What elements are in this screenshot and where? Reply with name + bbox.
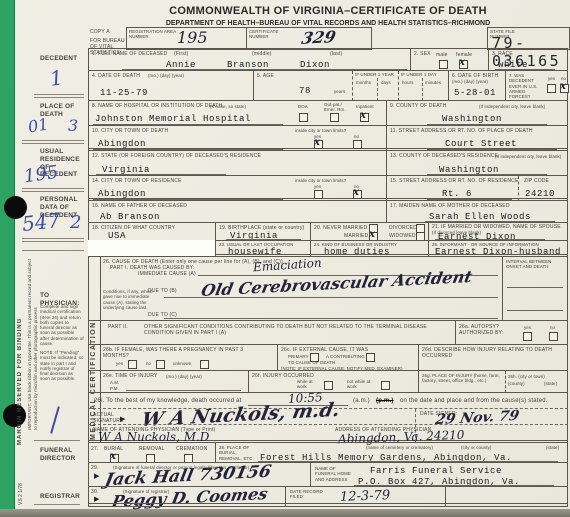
row-parents: 16. NAME OF FATHER OF DECEASED Ab Branso… [88,200,568,223]
race-label: 3. RACE [492,51,513,57]
time-of-injury-sub: (mo.) (day) (year) [166,374,202,379]
pm-option-struck: (p.m.) [376,398,394,405]
doa-checkbox [299,113,308,122]
county-of-death-cell: 9. COUNTY OF DEATH (If independent city,… [386,101,569,126]
pregnancy-no-checkbox [156,360,165,369]
sex-cell: 2. SEX male female x [410,49,489,71]
autopsy-label: 26a. AUTOPSY? AUTHORIZED BY: [459,324,514,336]
registration-area-value: 195 [177,28,208,47]
death-certificate-scan: COMMONWEALTH OF VIRGINIA–CERTIFICATE OF … [0,0,570,517]
mother-cell: 17. MAIDEN NAME OF MOTHER OF DECEASED Sa… [386,201,569,223]
days-label: days [381,80,391,85]
death-city-limits-cell: inside city or town limits? yes no x [290,126,386,151]
certificate-number-value: 329 [300,27,338,48]
immediate-cause-label: IMMEDIATE CAUSE (A) [138,271,196,277]
sex-label: 2. SEX [414,51,431,57]
external-cause-label: 26c. IF EXTERNAL CAUSE, IT WAS [281,347,368,353]
copy-label: COPY A [90,29,110,35]
arrow-icon: ▶ [94,472,99,480]
due-to-b-value: Old Cerebrovascular Accident [200,267,474,300]
death-limits-no-label: no [354,134,359,139]
while-at-work-checkbox [324,381,333,390]
marital-status-cell: 20. NEVER MARRIED DIVORCED MARRIED x WID… [310,223,429,241]
to-physician-note-2: NOTE: If "Pending" must be indicated, so… [40,350,84,382]
cemetery-sub: (name of cemetery or crematory) [366,445,433,450]
autopsy-no-checkbox [549,332,558,341]
residence-street-value: Rt. 6 [442,189,472,199]
birthplace-cell: 19. BIRTHPLACE (state or country) Virgin… [215,223,311,241]
row-residence-city: 14. CITY OR TOWN OF RESIDENCE Abingdon i… [88,175,568,201]
race-cell: 3. RACE white [488,49,569,71]
cause-of-death-section: 26. CAUSE OF DEATH (Enter only one cause… [88,256,568,321]
place-of-burial-label: 28. PLACE OF BURIAL, REMOVAL, ETC [219,445,261,461]
binding-strip [0,0,15,517]
form-code: VS 2 1/78 [18,465,24,505]
state-sub: (state) [546,445,559,450]
place-of-death-code2: 3 [68,116,78,135]
cremation-label: CREMATION [176,446,207,452]
place-of-injury-label: 26g. PLACE OF INJURY (home, farm, factor… [422,373,502,384]
armed-forces-yes-checkbox [547,84,556,93]
row-burial: 27. BURIAL REMOVAL CREMATION x 28. PLACE… [88,442,568,463]
part2-section: PART II. OTHER SIGNIFICANT CONDITIONS CO… [88,320,568,345]
describe-injury-label: 26d. DESCRIBE HOW INJURY RELATING TO DEA… [422,347,562,359]
section-decedent: DECEDENT [40,55,77,63]
place-of-injury-cell: 26g. PLACE OF INJURY (home, farm, factor… [418,371,506,393]
autopsy-yes-label: yes [524,325,531,330]
row-injury: 26e. TIME OF INJURY (mo.) (day) (year) A… [88,370,568,393]
place-of-death-code: 01 [27,114,50,136]
street-of-death-cell: 11. STREET ADDRESS OR RT. NO. OF PLACE O… [386,126,569,151]
injury-city-label: 26h. (city or town) [508,374,545,379]
margin-binding-label: MARGIN RESERVED FOR BINDING [17,255,23,445]
actual-signature-label: ACTUAL SIGNATURE [93,412,123,424]
row-full-name: 1. FULL NAME OF DECEASED (First) (middle… [88,48,568,71]
personal-data-code2: 2 [70,212,81,233]
county-of-death-label: 9. COUNTY OF DEATH [390,103,446,109]
residence-city-limits-cell: inside city or town limits? yes no x [290,176,386,201]
sub-first: (First) [174,51,188,57]
row-occupation: 23. USUAL OR LAST OCCUPATION housewife 2… [88,240,568,257]
contributing-checkbox [366,353,375,362]
arrow-icon: ▶ [94,495,99,503]
age-value: 78 [299,86,311,96]
primary-label: PRIMARY [288,354,309,359]
scan-edge-shadow [0,509,570,517]
industry-cell: 24. KIND OF BUSINESS OR INDUSTRY home du… [310,241,429,257]
to-cause-label: TO CAUSE OF DEATH [288,360,335,365]
date-of-death-value: 11-25-79 [100,88,148,98]
hospital-label: 8. NAME OF HOSPITAL OR INSTITUTION OF DE… [92,103,222,109]
fd-number: 29. [91,465,99,471]
street-of-death-value: Court Street [445,139,517,149]
death-limits-yes-checkbox: x [314,140,323,149]
residence-limits-yes-checkbox [314,190,323,199]
age-years-label: years [334,89,345,94]
place-of-burial-cell: 28. PLACE OF BURIAL, REMOVAL, ETC (name … [215,443,569,463]
death-limits-label: inside city or town limits? [295,128,346,133]
date-of-birth-sub: (mo.) (day) (year) [452,79,488,84]
disposition-number: 27. [91,446,99,452]
divorced-label: DIVORCED [389,225,417,231]
street-of-death-label: 11. STREET ADDRESS OR RT. NO. OF PLACE O… [390,128,533,134]
sub-last: (last) [330,51,342,57]
autopsy-yes-checkbox [523,332,532,341]
age-label: 5. AGE [257,73,274,79]
mother-label: 17. MAIDEN NAME OF MOTHER OF DECEASED [390,203,510,209]
pregnancy-unknown-label: unknown [173,361,191,366]
pregnancy-unknown-checkbox [200,360,209,369]
city-of-death-value: Abingdon [98,139,146,149]
sex-male-checkbox [439,60,448,69]
part1-label: PART I. DEATH WAS CAUSED BY: [110,265,195,271]
if-under-1-year-cell: IF UNDER 1 YEAR months days [352,71,399,101]
sex-male-label: male [436,52,448,58]
attestation-text: 26i. To the best of my knowledge, death … [94,398,242,405]
autopsy-cell: 26a. AUTOPSY? AUTHORIZED BY: yes no [455,321,569,345]
armed-forces-cell: 7. WAS DECEDENT EVER IN U.S. ARMED FORCE… [505,71,569,101]
occupation-cell: 23. USUAL OR LAST OCCUPATION housewife [215,241,311,257]
full-name-label: 1. FULL NAME OF DECEASED [92,51,167,57]
residence-street-cell: 15. STREET ADDRESS OR RT. NO. OF RESIDEN… [386,176,519,201]
am-label: A.M. [110,380,119,385]
outpatient-label: Out-pat./ Emer. Rm. [324,102,350,113]
registration-box: REGISTRATION AREA NUMBER CERTIFICATE NUM… [126,27,372,50]
pm-label: P.M. [110,386,119,391]
residence-county-cell: 13. COUNTY OF DECEASED'S RESIDENCE (If i… [386,151,569,176]
outpatient-checkbox [330,113,339,122]
section-funeral-director: FUNERAL DIRECTOR [40,447,80,463]
zip-cell: ZIP CODE 24210 [518,176,569,201]
describe-injury-cell: 26d. DESCRIBE HOW INJURY RELATING TO DEA… [418,345,569,371]
age-cell: 5. AGE 78 years [253,71,353,101]
certificate-subtitle: DEPARTMENT OF HEALTH–BUREAU OF VITAL REC… [88,20,568,27]
father-value: Ab Branson [100,212,160,222]
father-label: 16. NAME OF FATHER OF DECEASED [92,203,187,209]
under-1-year-label: IF UNDER 1 YEAR [355,72,394,77]
to-physician-note-1: Complete and sign medical certification … [40,304,84,346]
never-married-label: 20. NEVER MARRIED [314,225,367,231]
certificate-title: COMMONWEALTH OF VIRGINIA–CERTIFICATE OF … [88,5,568,17]
death-limits-no-checkbox [353,140,362,149]
attestation-tail: on the date and place and from the cause… [400,398,548,405]
row-marital: 18. CITIZEN OF WHAT COUNTRY USA 19. BIRT… [88,222,568,241]
injury-county-label: (county) [508,381,525,386]
widowed-label: WIDOWED [389,233,416,239]
under-1-day-label: IF UNDER 1 DAY [401,72,437,77]
minutes-label: minutes [425,80,441,85]
pregnancy-yes-checkbox [128,360,137,369]
date-of-death-label: 4. DATE OF DEATH [92,73,140,79]
part2-text: OTHER SIGNIFICANT CONDITIONS CONTRIBUTIN… [144,324,434,336]
zip-value: 24210 [525,189,555,199]
margin-note-1: IMPORTANT: Use black ribbon in typewrite… [27,150,32,430]
residence-street-label: 15. STREET ADDRESS OR RT. NO. OF RESIDEN… [390,178,519,184]
residence-limits-yes-label: yes [314,184,321,189]
married-label: MARRIED [344,233,368,239]
county-of-death-value: Washington [442,114,502,124]
hospital-status-cell: DOA Out-pat./ Emer. Rm. Inpatient x [290,101,386,126]
residence-city-label: 14. CITY OR TOWN OF RESIDENCE [92,178,182,184]
personal-data-code: 547 [21,208,61,236]
residence-city-value: Abingdon [98,189,146,199]
hospital-value: Johnston Memorial Hospital [95,114,251,124]
city-county-sub: (city or county) [461,445,491,450]
city-of-death-label: 10. CITY OR TOWN OF DEATH [92,128,168,134]
row-residence-state: 12. STATE (OR FOREIGN COUNTRY) OF DECEAS… [88,150,568,176]
blank-field-22 [88,240,215,257]
residence-state-label: 12. STATE (OR FOREIGN COUNTRY) OF DECEAS… [92,153,261,159]
residence-limits-no-checkbox: x [353,190,362,199]
informant-cell: 25. INFORMANT - OR SOURCE OF INFORMATION… [428,241,569,257]
time-of-injury-label: 26e. TIME OF INJURY [103,373,157,379]
row-physician-name: NAME OF ATTENDING PHYSICIAN (Type or Pri… [88,424,568,443]
citizen-label: 18. CITIZEN OF WHAT COUNTRY [92,225,175,231]
part2-label: PART II. [108,324,128,330]
date-of-birth-value: 5-28-01 [454,88,496,98]
sex-female-checkbox: x [459,60,468,69]
months-label: months [356,80,371,85]
residence-county-sub: (If independent city, leave blank) [495,154,561,159]
county-of-death-sub: (If independent city, leave blank) [479,104,545,109]
hours-label: hours [402,80,413,85]
date-of-birth-cell: 6. DATE OF BIRTH (mo.) (day) (year) 5-28… [448,71,506,101]
date-of-death-sub: (mo.) (day) (year) [148,73,184,78]
certificate-number-label: CERTIFICATE NUMBER [249,29,294,40]
section-registrar: REGISTRAR [40,493,80,501]
arrow-icon: ▶ [120,415,125,423]
spouse-cell: 21. IF MARRIED OR WIDOWED, NAME OF SPOUS… [428,223,569,241]
row-hospital: 8. NAME OF HOSPITAL OR INSTITUTION OF DE… [88,100,568,126]
am-option: (a.m.) [353,398,370,405]
external-cause-cell: 26c. IF EXTERNAL CAUSE, IT WAS PRIMARY A… [277,345,419,371]
injury-occurred-cell: 26f. INJURY OCCURRED while at work not w… [248,371,419,393]
row-death-date: 4. DATE OF DEATH (mo.) (day) (year) 11-2… [88,70,568,101]
doa-label: DOA [298,104,308,109]
armed-forces-no-checkbox: x [560,84,569,93]
funeral-home-label: NAME OF FUNERAL HOME AND ADDRESS [315,466,351,482]
funeral-home-name: Farris Funeral Service [370,466,502,476]
not-while-at-work-checkbox [381,381,390,390]
pregnancy-no-label: no [146,361,151,366]
inpatient-label: Inpatient [356,104,374,109]
interval-cell: INTERVAL BETWEEN ONSET AND DEATH [502,257,569,321]
pregnancy-label: 26b. IF FEMALE, WAS THERE A PREGNANCY IN… [103,347,263,359]
while-at-work-label: while at work [297,379,321,390]
armed-forces-label: 7. WAS DECEDENT EVER IN U.S. ARMED FORCE… [509,73,547,99]
row-physician-signature: ACTUAL SIGNATURE ▶ W A Nuckols, m.d. DAT… [88,408,568,425]
inpatient-checkbox: x [360,113,369,122]
contributing-label: A CONTRIBUTING [326,354,365,359]
not-while-at-work-label: not while at work [347,379,377,390]
removal-label: REMOVAL [139,446,164,452]
sub-middle: (middle) [252,51,272,57]
interval-label: INTERVAL BETWEEN ONSET AND DEATH [506,259,564,270]
date-filed-label: DATE RECORD FILED: [290,489,326,500]
armed-forces-yes-label: yes [548,76,555,81]
injury-state-label: (state) [544,381,557,386]
autopsy-no-label: no [550,325,555,330]
margin-note-2: to reproduction by microfilm and other p… [33,160,38,430]
row-city-of-death: 10. CITY OR TOWN OF DEATH Abingdon insid… [88,125,568,151]
zip-label: ZIP CODE [524,178,549,184]
injury-location-cell: 26h. (city or town) (county) (state) [505,371,569,393]
residence-limits-label: inside city or town limits? [295,178,346,183]
row-funeral-director: 29. ▶ (Signature of funeral director or … [88,462,568,487]
row-pregnancy: 26b. IF FEMALE, WAS THERE A PREGNANCY IN… [88,344,568,371]
conditions-note: Conditions, if any, which gave rise to i… [103,289,159,310]
hospital-sub: (If none, so state) [210,104,246,109]
registration-area-label: REGISTRATION AREA NUMBER [129,29,179,40]
residence-county-label: 13. COUNTY OF DECEASED'S RESIDENCE [390,153,498,159]
if-under-1-day-cell: IF UNDER 1 DAY hours minutes [398,71,449,101]
pregnancy-yes-label: yes [116,361,123,366]
